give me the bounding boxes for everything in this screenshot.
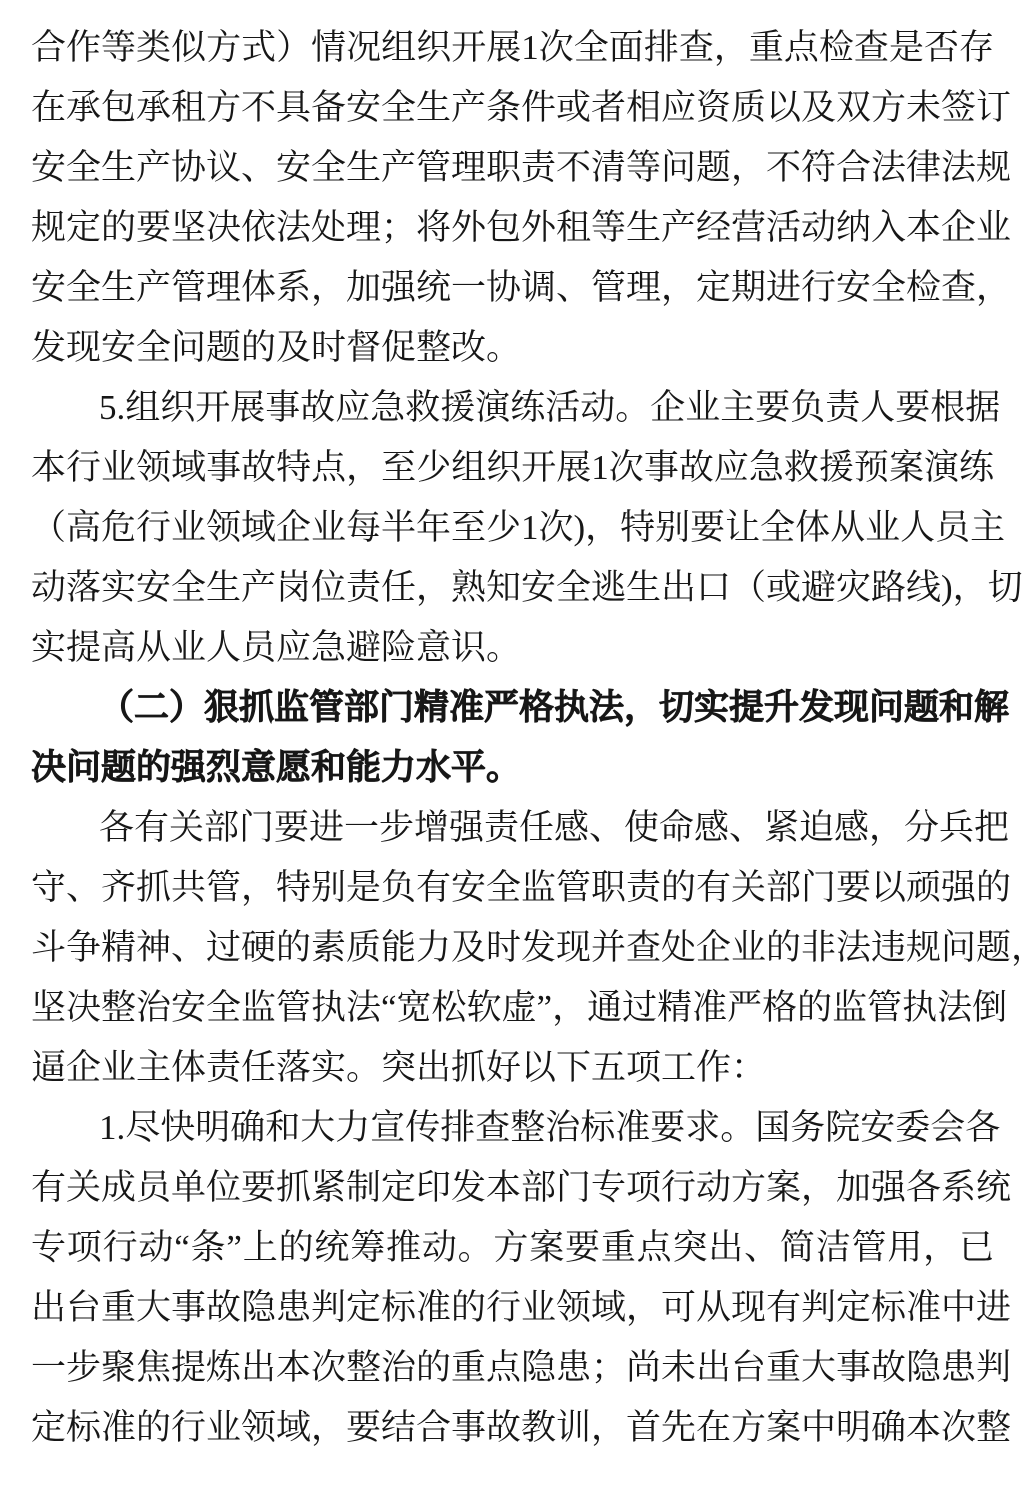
- text-line: 1.尽快明确和大力宣传排查整治标准要求。国务院安委会各: [31, 1098, 994, 1158]
- text-line: 安全生产协议、安全生产管理职责不清等问题，不符合法律法规: [31, 138, 994, 198]
- text-line: 定标准的行业领域，要结合事故教训，首先在方案中明确本次整: [31, 1398, 994, 1458]
- text-line: 5.组织开展事故应急救援演练活动。企业主要负责人要根据: [31, 378, 994, 438]
- text-line: 实提高从业人员应急避险意识。: [31, 618, 994, 678]
- text-line: （二）狠抓监管部门精准严格执法，切实提升发现问题和解: [31, 678, 994, 738]
- paragraph: 各有关部门要进一步增强责任感、使命感、紧迫感，分兵把守、齐抓共管，特别是负有安全…: [31, 798, 994, 1098]
- text-line: 斗争精神、过硬的素质能力及时发现并查处企业的非法违规问题，: [31, 918, 994, 978]
- text-line: 坚决整治安全监管执法“宽松软虚”，通过精准严格的监管执法倒: [31, 978, 994, 1038]
- text-line: 出台重大事故隐患判定标准的行业领域，可从现有判定标准中进: [31, 1278, 994, 1338]
- text-line: 动落实安全生产岗位责任，熟知安全逃生出口（或避灾路线)，切: [31, 558, 994, 618]
- paragraph: 合作等类似方式）情况组织开展1次全面排查，重点检查是否存在承包承租方不具备安全生…: [31, 18, 994, 378]
- text-line: 在承包承租方不具备安全生产条件或者相应资质以及双方未签订: [31, 78, 994, 138]
- paragraph: 1.尽快明确和大力宣传排查整治标准要求。国务院安委会各有关成员单位要抓紧制定印发…: [31, 1098, 994, 1458]
- text-line: 规定的要坚决依法处理；将外包外租等生产经营活动纳入本企业: [31, 198, 994, 258]
- text-line: 专项行动“条”上的统筹推动。方案要重点突出、简洁管用，已: [31, 1218, 994, 1278]
- text-line: （高危行业领域企业每半年至少1次)，特别要让全体从业人员主: [31, 498, 994, 558]
- text-line: 守、齐抓共管，特别是负有安全监管职责的有关部门要以顽强的: [31, 858, 994, 918]
- paragraph: （二）狠抓监管部门精准严格执法，切实提升发现问题和解决问题的强烈意愿和能力水平。: [31, 678, 994, 798]
- text-line: 合作等类似方式）情况组织开展1次全面排查，重点检查是否存: [31, 18, 994, 78]
- text-line: 决问题的强烈意愿和能力水平。: [31, 738, 994, 798]
- text-line: 各有关部门要进一步增强责任感、使命感、紧迫感，分兵把: [31, 798, 994, 858]
- document-body: 合作等类似方式）情况组织开展1次全面排查，重点检查是否存在承包承租方不具备安全生…: [31, 18, 994, 1458]
- text-line: 安全生产管理体系，加强统一协调、管理，定期进行安全检查，: [31, 258, 994, 318]
- document-page: 合作等类似方式）情况组织开展1次全面排查，重点检查是否存在承包承租方不具备安全生…: [0, 0, 1025, 1491]
- text-line: 有关成员单位要抓紧制定印发本部门专项行动方案，加强各系统: [31, 1158, 994, 1218]
- text-line: 本行业领域事故特点，至少组织开展1次事故应急救援预案演练: [31, 438, 994, 498]
- text-line: 一步聚焦提炼出本次整治的重点隐患；尚未出台重大事故隐患判: [31, 1338, 994, 1398]
- text-line: 发现安全问题的及时督促整改。: [31, 318, 994, 378]
- text-line: 逼企业主体责任落实。突出抓好以下五项工作：: [31, 1038, 994, 1098]
- paragraph: 5.组织开展事故应急救援演练活动。企业主要负责人要根据本行业领域事故特点，至少组…: [31, 378, 994, 678]
